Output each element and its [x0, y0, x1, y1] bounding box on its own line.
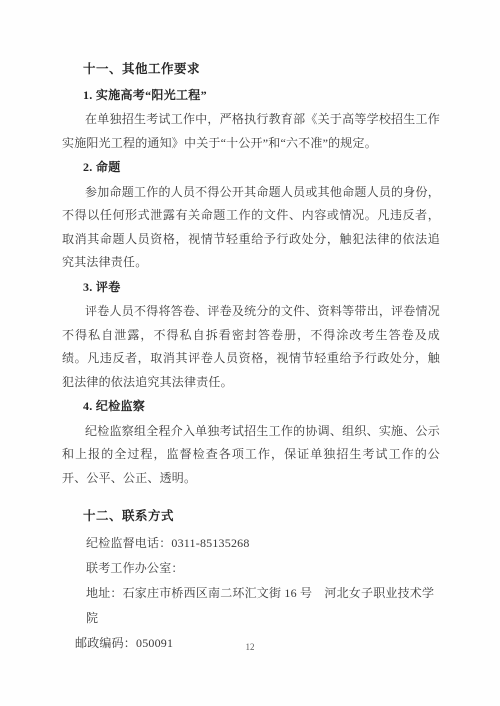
- contact-office-line: 联考工作办公室：: [62, 556, 440, 581]
- subsection-4-heading: 4. 纪检监察: [62, 395, 440, 419]
- document-content: 十一、其他工作要求 1. 实施高考“阳光工程” 在单独招生考试工作中，严格执行教…: [62, 56, 440, 656]
- subsection-2-paragraph: 参加命题工作的人员不得公开其命题人员或其他命题人员的身份，不得以任何形式泄露有关…: [62, 181, 440, 275]
- subsection-1-paragraph: 在单独招生考试工作中，严格执行教育部《关于高等学校招生工作实施阳光工程的通知》中…: [62, 108, 440, 155]
- contact-phone-line: 纪检监督电话：0311-85135268: [62, 531, 440, 556]
- contact-address-line: 地址：石家庄市桥西区南二环汇文街 16 号 河北女子职业技术学院: [62, 581, 440, 631]
- section-12-heading: 十二、联系方式: [62, 505, 440, 529]
- document-page: 十一、其他工作要求 1. 实施高考“阳光工程” 在单独招生考试工作中，严格执行教…: [0, 0, 500, 706]
- subsection-1-heading: 1. 实施高考“阳光工程”: [62, 84, 440, 108]
- subsection-4-paragraph: 纪检监察组全程介入单独考试招生工作的协调、组织、实施、公示和上报的全过程，监督检…: [62, 420, 440, 491]
- subsection-3-heading: 3. 评卷: [62, 276, 440, 300]
- subsection-2-heading: 2. 命题: [62, 156, 440, 180]
- subsection-3-paragraph: 评卷人员不得将答卷、评卷及统分的文件、资料等带出，评卷情况不得私自泄露，不得私自…: [62, 300, 440, 394]
- section-11-heading: 十一、其他工作要求: [62, 58, 440, 82]
- page-number: 12: [0, 642, 500, 652]
